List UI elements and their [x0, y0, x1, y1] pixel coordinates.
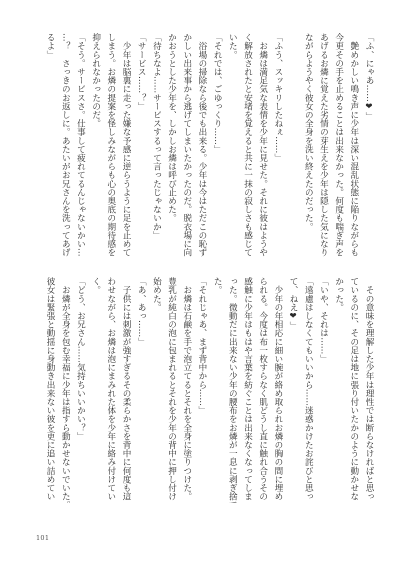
text-line: 「遠慮はしなくてもいいから……迷惑かけたお詫びと思っ: [300, 277, 315, 503]
text-line: 彼女は緊張と動揺に身動き出来ない彼を更に追い詰めてい: [42, 277, 57, 503]
text-line: ながらようやく彼女の全身を洗い終えたのだった。: [300, 33, 315, 259]
text-line: ているのに、その足は地に張り付いたかのように動かせな: [346, 277, 361, 503]
text-line: 始めた。: [148, 277, 163, 503]
text-block-top: 「ふ、にゃあ……❤」 艶めかしい鳴き声に少年は深い混乱状態に陥りながらも 今更そ…: [42, 33, 376, 259]
blank-line: [285, 33, 300, 259]
text-line: 抑えられなかったのだ。: [87, 33, 102, 259]
text-line: お燐が全身を包む幸福に少年は指すら動かせないでいた。: [57, 277, 72, 503]
text-line: かおうとした少年を、しかしお燐は呼び止めた。: [163, 33, 178, 259]
text-line: 浴場の掃除なら後でも出来る。少年は今はただこの恥ず: [194, 33, 209, 259]
text-line: 「あ、あっ……」: [133, 277, 148, 503]
text-line: く解放されたと安堵を覚えると共に一抹の寂しさも感じて: [239, 33, 254, 259]
text-line: いた。: [224, 33, 239, 259]
text-line: 「ふう、スッキリしたねぇ……」: [270, 33, 285, 259]
text-line: かった。: [330, 277, 345, 503]
text-line: く。: [87, 277, 102, 503]
text-line: お燐は石鹸を手で泡立てるとそれを全身に塗りつけた。: [179, 277, 194, 503]
text-line: …？ さっきのお返しに。あたいがお兄さんを洗ってあげ: [57, 33, 72, 259]
text-line: お燐は満足気な表情を少年に見せた。それに彼はようや: [255, 33, 270, 259]
text-line: 「それでは、ごゆっくり……」: [209, 33, 224, 259]
text-line: 今更その手を止めることは出来なかった。何度も喘ぎ声を: [330, 33, 345, 259]
text-line: 「それじゃあ、まず背中から……」: [194, 277, 209, 503]
text-line: 少年の年相応に細い腕が絡め取られお燐の胸の間に埋め: [270, 277, 285, 503]
text-line: った。微動だに出来ない少年の腰布をお燐が一息に剥ぎ捨て: [224, 277, 239, 503]
text-block-bottom: その意味を理解した少年は理性では断らなければと思っ ているのに、その足は地に張り…: [42, 277, 376, 503]
text-line: かしい出来事から逃げてしまいたかったのだ。脱衣場に向: [179, 33, 194, 259]
text-line: しまう。お燐の提案を怪しみながらも心の奥底の期待感を: [103, 33, 118, 259]
text-line: 艶めかしい鳴き声に少年は深い混乱状態に陥りながらも: [346, 33, 361, 259]
text-line: た。: [209, 277, 224, 503]
text-line: わせながら、お燐は泡にまみれた体を少年に絡み付けてい: [103, 277, 118, 503]
text-line: 「ふ、にゃあ……❤」: [361, 33, 376, 259]
text-line: 豊乳が純白の泡に包まれるとそれを少年の背中に押し付け: [163, 277, 178, 503]
text-line: 少年は脳裏に走った嫌な予感に逆らうように足を止めて: [118, 33, 133, 259]
text-line: 「サービス……？」: [133, 33, 148, 259]
text-line: あげるお燐に覚えた劣情の芽生えを少年は隠した気になり: [315, 33, 330, 259]
page-number: 101: [36, 534, 49, 542]
text-line: 「いや、それは……」: [315, 277, 330, 503]
text-line: られる。今度は布一枚すらなく肌どうし直に触れ合うその: [255, 277, 270, 503]
text-line: 「待ちなよ……サービスするって言ったじゃないか」: [148, 33, 163, 259]
text-line: 「そう。サービスさ。仕事して疲れてるんじゃないかい…: [72, 33, 87, 259]
text-line: て、ねえ❤」: [285, 277, 300, 503]
text-line: 子供には刺激が強すぎるその柔らかさを背中に何度も這: [118, 277, 133, 503]
text-line: 感触に少年はもはや言葉を紡ぐことは出来なくなってしま: [239, 277, 254, 503]
text-line: るよ」: [42, 33, 57, 259]
text-line: 「どう、お兄さん……気持ちいいかい？」: [72, 277, 87, 503]
text-line: その意味を理解した少年は理性では断らなければと思っ: [361, 277, 376, 503]
